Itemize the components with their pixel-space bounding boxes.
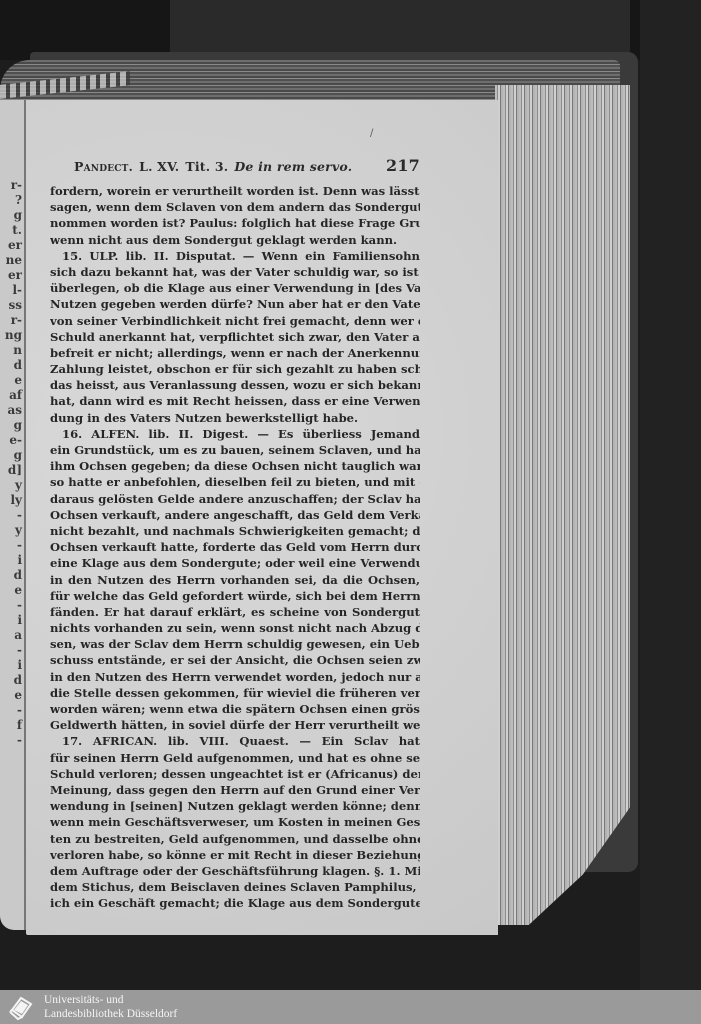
left-edge-fragment: - (0, 733, 22, 748)
left-edge-fragment: ss (0, 298, 22, 313)
scan-background-cloth (170, 0, 630, 55)
body-text: fordern, worein er verurtheilt worden is… (50, 183, 420, 911)
text-line: so hatte er anbefohlen, dieselben feil z… (50, 474, 420, 490)
margin-mark: / (370, 128, 373, 139)
left-edge-fragment: - (0, 598, 22, 613)
left-edge-fragment: er (0, 268, 22, 283)
left-edge-fragment: y (0, 478, 22, 493)
text-line: nommen worden ist? Paulus: folglich hat … (50, 215, 420, 231)
left-edge-fragment: er (0, 238, 22, 253)
text-line: Ochsen verkauft hatte, forderte das Geld… (50, 539, 420, 555)
text-line: nichts vorhanden zu sein, wenn sonst nic… (50, 620, 420, 636)
institution-line-1: Universitäts- und (44, 993, 177, 1007)
text-line: Meinung, dass gegen den Herrn auf den Gr… (50, 782, 420, 798)
left-edge-fragment: g (0, 208, 22, 223)
text-line: Nutzen gegeben werden dürfe? Nun aber ha… (50, 296, 420, 312)
text-line: fänden. Er hat darauf erklärt, es schein… (50, 604, 420, 620)
text-line: für welche das Geld gefordert würde, sic… (50, 588, 420, 604)
text-line: Schuld verloren; dessen ungeachtet ist e… (50, 766, 420, 782)
left-edge-fragment: as (0, 403, 22, 418)
left-edge-fragment: g (0, 448, 22, 463)
left-edge-fragment: n (0, 343, 22, 358)
left-edge-fragment: l- (0, 283, 22, 298)
left-edge-fragment: - (0, 643, 22, 658)
left-page-fragment: r-?gt.erneerl-ssr-ngndeafasge-gd]yly-y-i… (0, 100, 26, 930)
running-head-work: Pandect. (74, 159, 133, 174)
text-line: ihm Ochsen gegeben; da diese Ochsen nich… (50, 458, 420, 474)
page-stack-fore-edge (495, 85, 630, 925)
institution-name[interactable]: Universitäts- und Landesbibliothek Düsse… (44, 993, 177, 1021)
left-edge-fragment: d (0, 358, 22, 373)
text-line: 16. ALFEN. lib. II. Digest. — Es überlie… (50, 426, 420, 442)
left-edge-fragment: d (0, 568, 22, 583)
left-edge-fragment: ng (0, 328, 22, 343)
text-line: Zahlung leistet, obschon er für sich gez… (50, 361, 420, 377)
library-footer-bar: Universitäts- und Landesbibliothek Düsse… (0, 990, 701, 1024)
left-edge-fragment: d (0, 673, 22, 688)
left-edge-fragment: e (0, 688, 22, 703)
book-logo-icon[interactable] (4, 990, 38, 1024)
running-head-title-name: De in rem servo. (234, 159, 352, 174)
left-edge-fragment: e (0, 583, 22, 598)
text-line: dem Stichus, dem Beisclaven deines Sclav… (50, 879, 420, 895)
text-line: wenn mein Geschäftsverweser, um Kosten i… (50, 814, 420, 830)
page-number: 217 (386, 156, 420, 175)
left-edge-fragment: e (0, 373, 22, 388)
left-edge-fragment: ly (0, 493, 22, 508)
left-edge-fragment: i (0, 613, 22, 628)
text-line: sich dazu bekannt hat, was der Vater sch… (50, 264, 420, 280)
text-line: in den Nutzen des Herrn vorhanden sei, d… (50, 572, 420, 588)
text-line: worden wären; wenn etwa die spätern Ochs… (50, 701, 420, 717)
left-edge-fragment: af (0, 388, 22, 403)
left-edge-fragment: y (0, 523, 22, 538)
text-line: wenn nicht aus dem Sondergut geklagt wer… (50, 232, 420, 248)
text-line: überlegen, ob die Klage aus einer Verwen… (50, 280, 420, 296)
left-edge-fragment: - (0, 508, 22, 523)
left-edge-fragment: ? (0, 193, 22, 208)
left-edge-fragment: r- (0, 313, 22, 328)
running-head: Pandect. L. XV. Tit. 3. De in rem servo.… (74, 156, 420, 176)
text-line: sagen, wenn dem Sclaven von dem andern d… (50, 199, 420, 215)
text-line: das heisst, aus Veranlassung dessen, woz… (50, 377, 420, 393)
institution-line-2: Landesbibliothek Düsseldorf (44, 1007, 177, 1021)
text-line: nicht bezahlt, und nachmals Schwierigkei… (50, 523, 420, 539)
text-line: ten zu bestreiten, Geld aufgenommen, und… (50, 831, 420, 847)
text-line: Geldwerth hätten, in soviel dürfe der He… (50, 717, 420, 733)
text-line: sen, was der Sclav dem Herrn schuldig ge… (50, 636, 420, 652)
left-edge-fragment: t. (0, 223, 22, 238)
text-line: schuss entstände, er sei der Ansicht, di… (50, 652, 420, 668)
text-line: Ochsen verkauft, andere angeschafft, das… (50, 507, 420, 523)
left-edge-fragment: e- (0, 433, 22, 448)
text-line: in den Nutzen des Herrn verwendet worden… (50, 669, 420, 685)
text-line: wendung in [seinen] Nutzen geklagt werde… (50, 798, 420, 814)
scan-background-right (640, 0, 701, 990)
text-line: daraus gelösten Gelde andere anzuschaffe… (50, 491, 420, 507)
running-head-title-ref: Tit. 3. (185, 159, 228, 174)
text-line: hat, dann wird es mit Recht heissen, das… (50, 393, 420, 409)
text-line: 17. AFRICAN. lib. VIII. Quaest. — Ein Sc… (50, 733, 420, 749)
left-edge-fragment: i (0, 658, 22, 673)
left-page-edge-text: r-?gt.erneerl-ssr-ngndeafasge-gd]yly-y-i… (0, 178, 24, 748)
text-line: ich ein Geschäft gemacht; die Klage aus … (50, 895, 420, 911)
text-line: dung in des Vaters Nutzen bewerkstelligt… (50, 410, 420, 426)
left-edge-fragment: - (0, 703, 22, 718)
text-line: befreit er nicht; allerdings, wenn er na… (50, 345, 420, 361)
left-edge-fragment: - (0, 538, 22, 553)
left-edge-fragment: f (0, 718, 22, 733)
text-line: Schuld anerkannt hat, verpflichtet sich … (50, 329, 420, 345)
text-line: dem Auftrage oder der Geschäftsführung k… (50, 863, 420, 879)
left-edge-fragment: d] (0, 463, 22, 478)
left-edge-fragment: g (0, 418, 22, 433)
left-edge-fragment: ne (0, 253, 22, 268)
left-edge-fragment: a (0, 628, 22, 643)
running-head-book: L. XV. (139, 159, 179, 174)
text-line: von seiner Verbindlichkeit nicht frei ge… (50, 313, 420, 329)
text-line: für seinen Herrn Geld aufgenommen, und h… (50, 750, 420, 766)
text-line: die Stelle dessen gekommen, für wieviel … (50, 685, 420, 701)
text-line: ein Grundstück, um es zu bauen, seinem S… (50, 442, 420, 458)
text-line: fordern, worein er verurtheilt worden is… (50, 183, 420, 199)
text-line: verloren habe, so könne er mit Recht in … (50, 847, 420, 863)
text-line: 15. ULP. lib. II. Disputat. — Wenn ein F… (50, 248, 420, 264)
text-line: eine Klage aus dem Sondergute; oder weil… (50, 555, 420, 571)
left-edge-fragment: i (0, 553, 22, 568)
left-edge-fragment: r- (0, 178, 22, 193)
